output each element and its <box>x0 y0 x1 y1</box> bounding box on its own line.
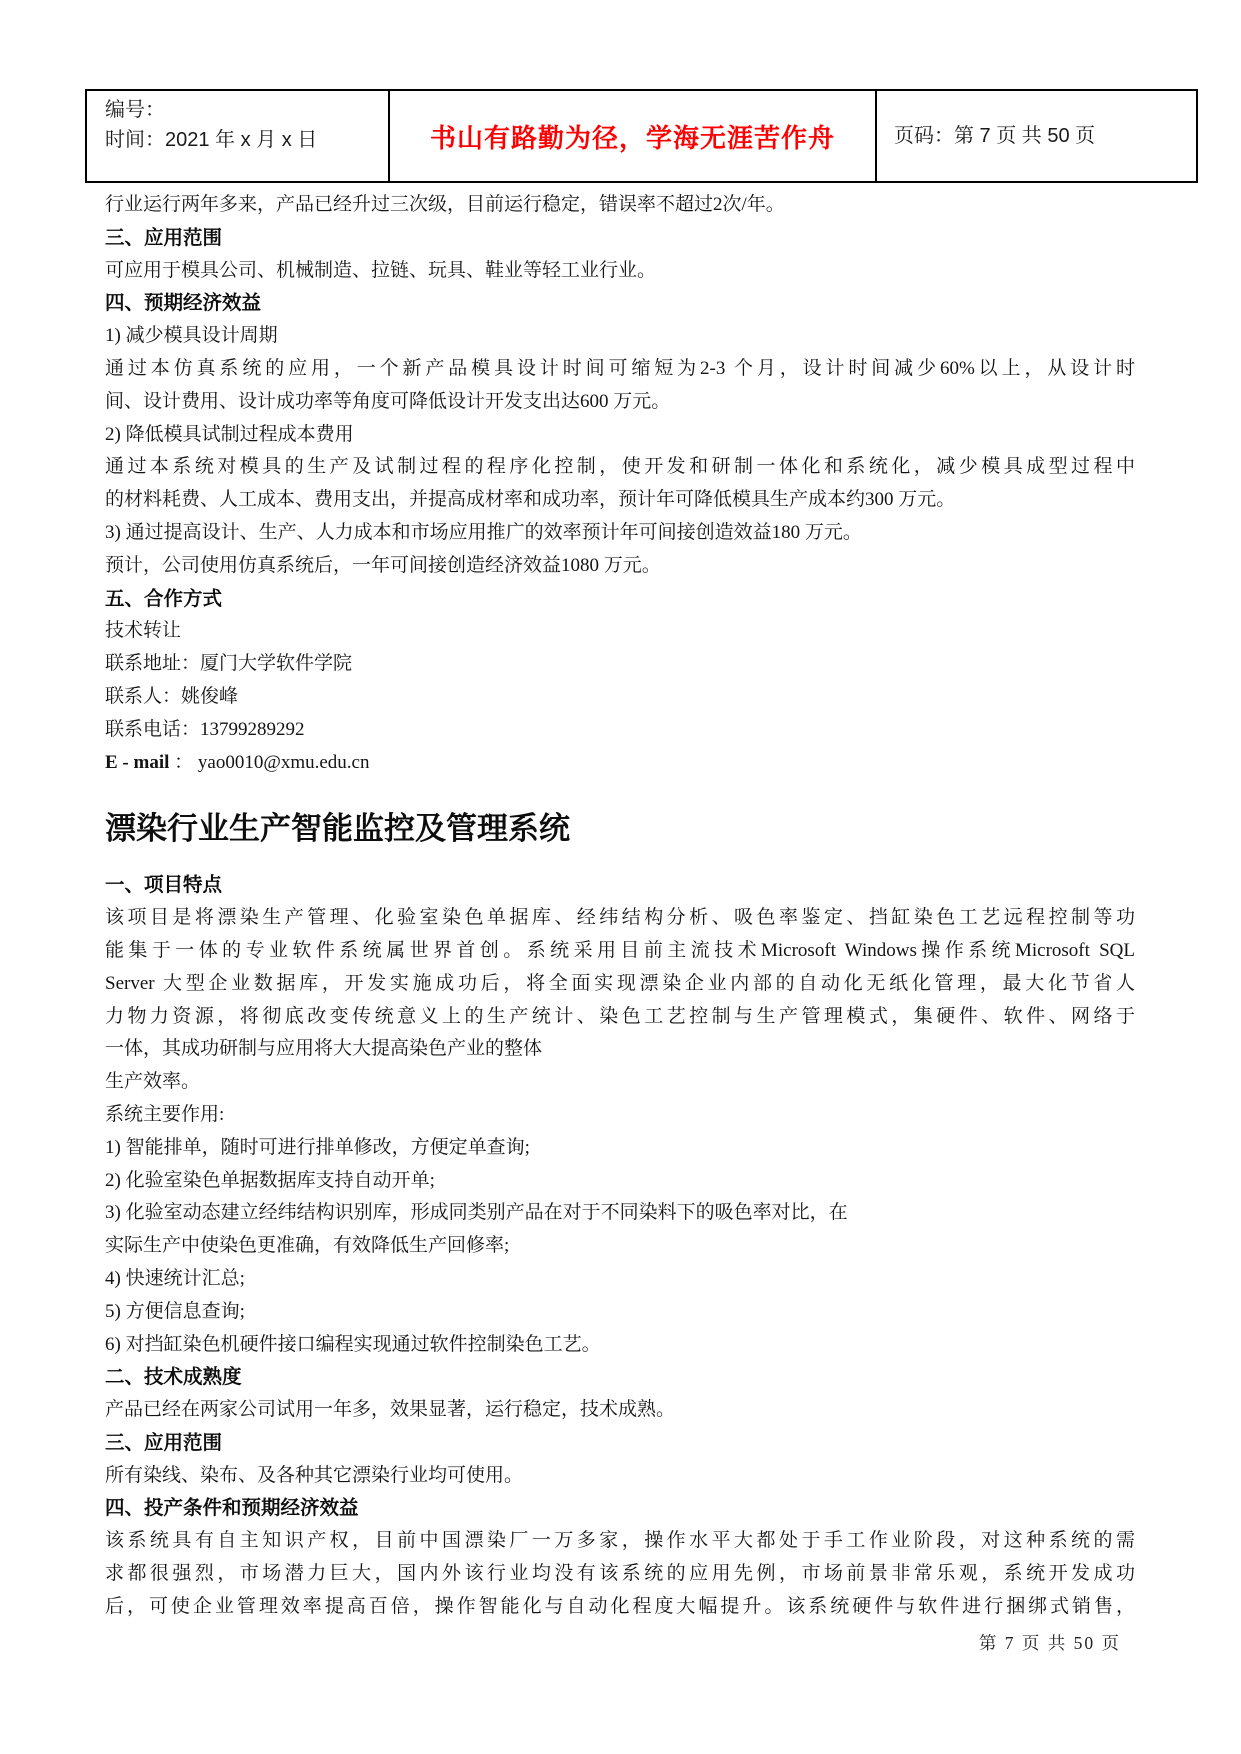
text-line: 的材料耗费、人工成本、费用支出，并提高成材率和成功率，预计年可降低模具生产成本约… <box>105 484 1135 517</box>
text-line: 生产效率。 <box>105 1066 1135 1099</box>
text-line: 产品已经在两家公司试用一年多，效果显著，运行稳定，技术成熟。 <box>105 1394 1135 1427</box>
text-line: 1) 减少模具设计周期 <box>105 320 1135 353</box>
header-number-cell: 编号： 时间：2021 年 x 月 x 日 <box>86 90 389 182</box>
text-line: 实际生产中使染色更准确，有效降低生产回修率; <box>105 1230 1135 1263</box>
section-heading: 四、预期经济效益 <box>105 287 1135 320</box>
header-slogan-cell: 书山有路勤为径，学海无涯苦作舟 <box>389 90 876 182</box>
text-line: 5) 方便信息查询; <box>105 1296 1135 1329</box>
doc-time-label: 时间：2021 年 x 月 x 日 <box>105 125 388 155</box>
project-title: 漂染行业生产智能监控及管理系统 <box>105 803 1135 855</box>
text-line: 通过本系统对模具的生产及试制过程的程序化控制，使开发和研制一体化和系统化，减少模… <box>105 451 1135 484</box>
email-line: E - mail ： yao0010@xmu.edu.cn <box>105 747 1135 780</box>
text-line: 可应用于模具公司、机械制造、拉链、玩具、鞋业等轻工业行业。 <box>105 255 1135 288</box>
text-line: 技术转让 <box>105 615 1135 648</box>
text-line: 通过本仿真系统的应用，一个新产品模具设计时间可缩短为2-3 个月，设计时间减少6… <box>105 353 1135 386</box>
section-heading: 四、投产条件和预期经济效益 <box>105 1492 1135 1525</box>
text-line: 一体，其成功研制与应用将大大提高染色产业的整体 <box>105 1033 1135 1066</box>
header-table: 编号： 时间：2021 年 x 月 x 日 书山有路勤为径，学海无涯苦作舟 页码… <box>85 89 1198 183</box>
text-line: 联系人：姚俊峰 <box>105 681 1135 714</box>
text-line: Server 大型企业数据库，开发实施成功后，将全面实现漂染企业内部的自动化无纸… <box>105 968 1135 1001</box>
text-line: 后，可使企业管理效率提高百倍，操作智能化与自动化程度大幅提升。该系统硬件与软件进… <box>105 1591 1135 1624</box>
text-line: 联系地址：厦门大学软件学院 <box>105 648 1135 681</box>
doc-number-label: 编号： <box>105 95 388 125</box>
header-page-cell: 页码：第 7 页 共 50 页 <box>876 90 1197 182</box>
text-line: 所有染线、染布、及各种其它漂染行业均可使用。 <box>105 1460 1135 1493</box>
page-footer: 第 7 页 共 50 页 <box>979 1630 1121 1655</box>
text-line: 求都很强烈，市场潜力巨大，国内外该行业均没有该系统的应用先例，市场前景非常乐观，… <box>105 1558 1135 1591</box>
header-slogan: 书山有路勤为径，学海无涯苦作舟 <box>430 123 835 153</box>
text-line: 联系电话：13799289292 <box>105 714 1135 747</box>
text-line: 系统主要作用: <box>105 1099 1135 1132</box>
text-line: 2) 降低模具试制过程成本费用 <box>105 419 1135 452</box>
section-heading: 二、技术成熟度 <box>105 1361 1135 1394</box>
text-line: 行业运行两年多来，产品已经升过三次级，目前运行稳定，错误率不超过2次/年。 <box>105 189 1135 222</box>
text-line: 3) 通过提高设计、生产、人力成本和市场应用推广的效率预计年可间接创造效益180… <box>105 517 1135 550</box>
text-line: 间、设计费用、设计成功率等角度可降低设计开发支出达600 万元。 <box>105 386 1135 419</box>
text-line: 力物力资源，将彻底改变传统意义上的生产统计、染色工艺控制与生产管理模式，集硬件、… <box>105 1001 1135 1034</box>
document-body: 行业运行两年多来，产品已经升过三次级，目前运行稳定，错误率不超过2次/年。三、应… <box>105 189 1135 1624</box>
text-line: 4) 快速统计汇总; <box>105 1263 1135 1296</box>
section-heading: 三、应用范围 <box>105 222 1135 255</box>
section-heading: 五、合作方式 <box>105 583 1135 616</box>
text-line: 2) 化验室染色单据数据库支持自动开单; <box>105 1165 1135 1198</box>
text-line: 3) 化验室动态建立经纬结构识别库，形成同类别产品在对于不同染料下的吸色率对比，… <box>105 1197 1135 1230</box>
text-line: 1) 智能排单，随时可进行排单修改，方便定单查询; <box>105 1132 1135 1165</box>
section-heading: 三、应用范围 <box>105 1427 1135 1460</box>
text-line: 该项目是将漂染生产管理、化验室染色单据库、经纬结构分析、吸色率鉴定、挡缸染色工艺… <box>105 902 1135 935</box>
text-line: 预计，公司使用仿真系统后，一年可间接创造经济效益1080 万元。 <box>105 550 1135 583</box>
text-line: 该系统具有自主知识产权，目前中国漂染厂一万多家，操作水平大都处于手工作业阶段，对… <box>105 1525 1135 1558</box>
text-line: 6) 对挡缸染色机硬件接口编程实现通过软件控制染色工艺。 <box>105 1329 1135 1362</box>
email-label: E - mail <box>105 752 169 773</box>
section-heading: 一、项目特点 <box>105 869 1135 902</box>
page-number-label: 页码：第 7 页 共 50 页 <box>894 121 1196 151</box>
email-value: ： yao0010@xmu.edu.cn <box>169 752 369 773</box>
text-line: 能集于一体的专业软件系统属世界首创。系统采用目前主流技术Microsoft Wi… <box>105 935 1135 968</box>
